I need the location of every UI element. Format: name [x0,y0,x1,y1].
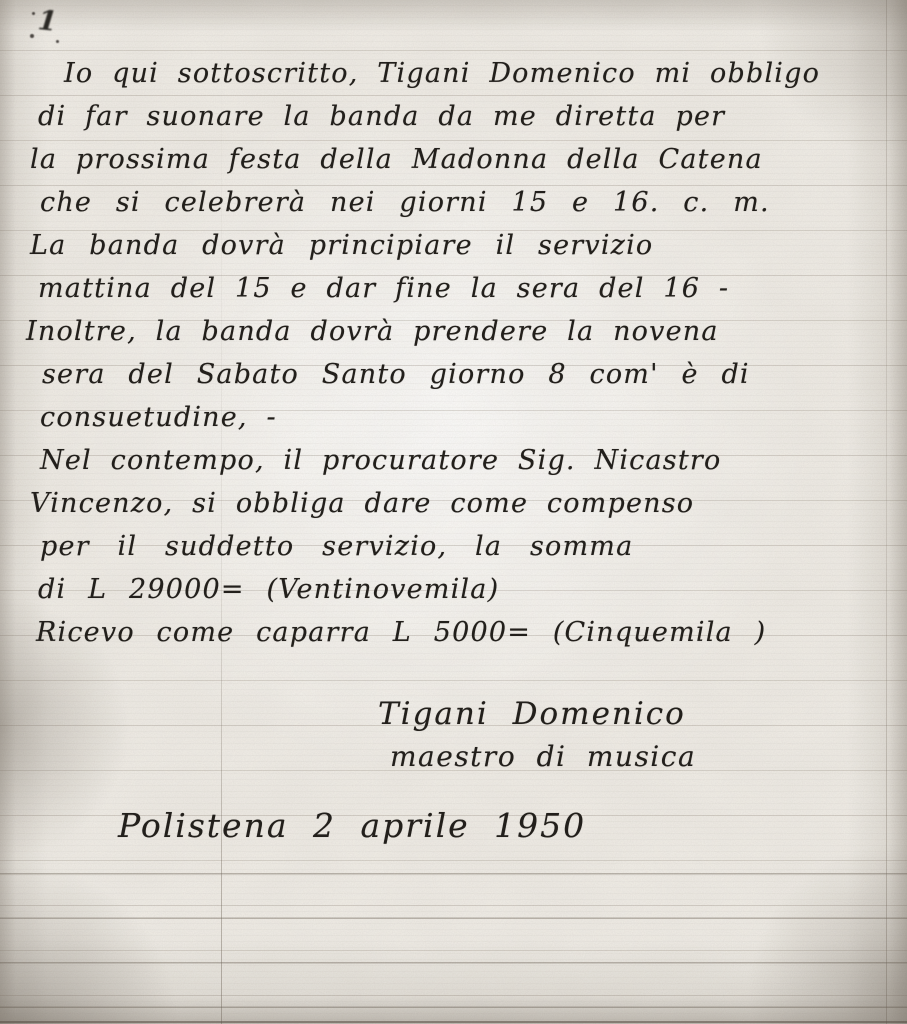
handwritten-line: di far suonare la banda da me diretta pe… [38,95,873,138]
scanned-document-page: 1 Io qui sottoscritto, Tigani Domenico m… [0,0,907,1024]
handwritten-line: mattina del 15 e dar fine la sera del 16… [38,267,873,310]
handwritten-line: sera del Sabato Santo giorno 8 com' è di [42,353,873,396]
ink-speck [32,12,35,15]
vertical-fold-line-right [886,0,887,1024]
handwritten-line: La banda dovrà principiare il servizio [30,224,873,267]
ink-speck [30,34,34,38]
signature-name: Tigani Domenico [378,696,696,732]
handwritten-line: Nel contempo, il procuratore Sig. Nicast… [40,439,873,482]
letter-body: Io qui sottoscritto, Tigani Domenico mi … [26,52,873,654]
signature-block: Tigani Domenico maestro di musica [378,696,696,773]
handwritten-line: Inoltre, la banda dovrà prendere la nove… [26,310,873,353]
handwritten-line: la prossima festa della Madonna della Ca… [30,138,873,181]
ruled-lines-bottom-layer [0,824,907,1024]
handwritten-line: per il suddetto servizio, la somma [40,525,873,568]
handwritten-line: Ricevo come caparra L 5000= (Cinquemila … [36,611,873,654]
handwritten-line: consuetudine, - [40,396,873,439]
corner-ink-mark: 1 [36,5,58,38]
handwritten-line: che si celebrerà nei giorni 15 e 16. c. … [40,181,873,224]
handwritten-line: di L 29000= (Ventinovemila) [38,568,873,611]
place-and-date-line: Polistena 2 aprile 1950 [118,806,586,845]
handwritten-line: Vincenzo, si obbliga dare come compenso [30,482,873,525]
handwritten-line: Io qui sottoscritto, Tigani Domenico mi … [64,52,873,95]
ink-speck [56,40,59,43]
signature-role: maestro di musica [390,740,696,773]
bottom-scan-edge [0,1021,907,1023]
